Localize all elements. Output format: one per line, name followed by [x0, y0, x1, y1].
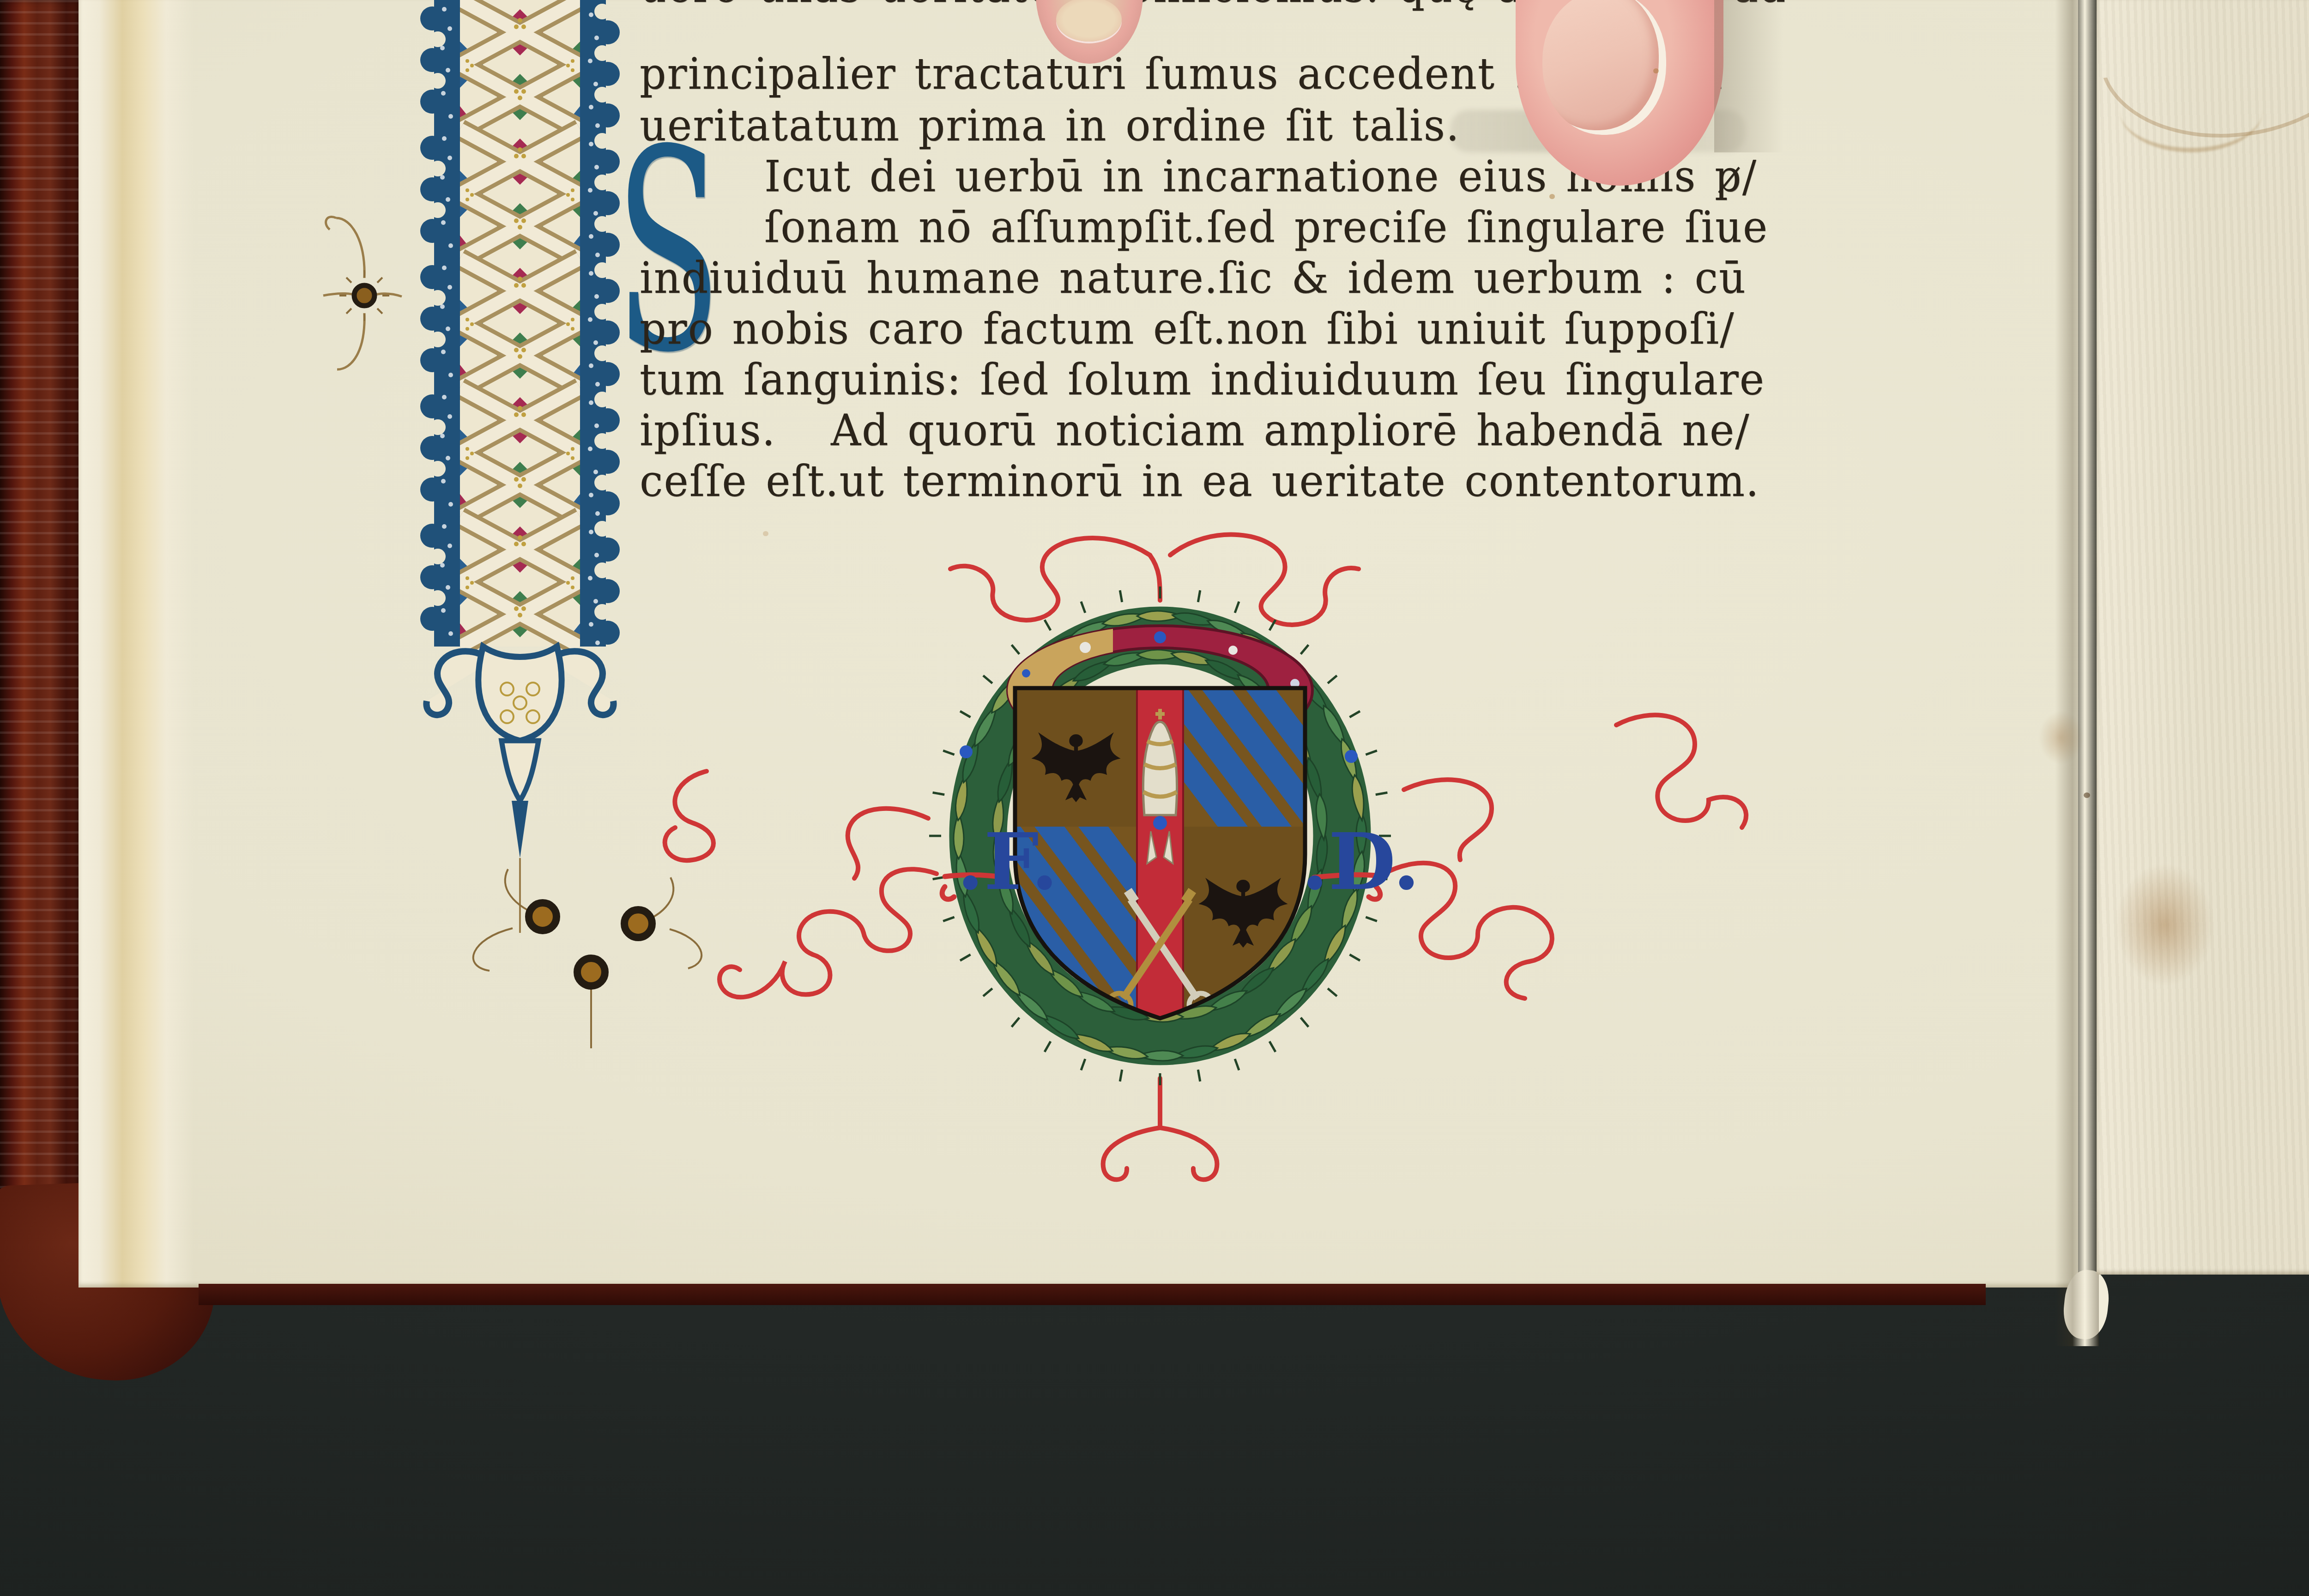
foxing-dot	[1549, 194, 1555, 199]
text-line: ceſſe eſt.ut terminorū in ea ueritate co…	[640, 460, 1760, 503]
text-line: ſonam nō aſſumpſit.ſed preciſe ſingulare…	[764, 206, 1768, 249]
foxing-dot	[1653, 68, 1659, 73]
text-line: tum ſanguinis: ſed ſolum indiuiduum ſeu …	[640, 358, 1765, 402]
text-line: indiuiduū humane nature.ſic & idem uerbu…	[640, 257, 1747, 300]
cover-bottom-edge	[199, 1284, 1986, 1305]
monogram-letter-f: .F.	[957, 816, 1058, 907]
fingernail	[1056, 0, 1122, 42]
gutter-fold	[2055, 0, 2099, 1346]
finger-shadow	[1714, 0, 1783, 152]
fingernail	[1542, 0, 1666, 135]
text-line: ueritatatum prima in ordine ſit talis.	[640, 104, 1460, 148]
foxing-dot	[763, 531, 768, 536]
laurel-wreath-emblem: .F. .D.	[554, 531, 1847, 1224]
leather-spine	[0, 0, 81, 1268]
facing-blank-page	[2097, 0, 2309, 1275]
text-line: pro nobis caro factum eſt.non ſibi uniui…	[640, 308, 1735, 351]
text-line: ipſius. Ad quorū noticiam ampliorē haben…	[640, 409, 1750, 453]
monogram-letter-d: .D.	[1301, 816, 1420, 907]
photograph-of-open-book: uero unas ueritate onſiciemus. quę ad ad…	[0, 0, 2309, 1596]
marginal-flower	[323, 217, 402, 369]
